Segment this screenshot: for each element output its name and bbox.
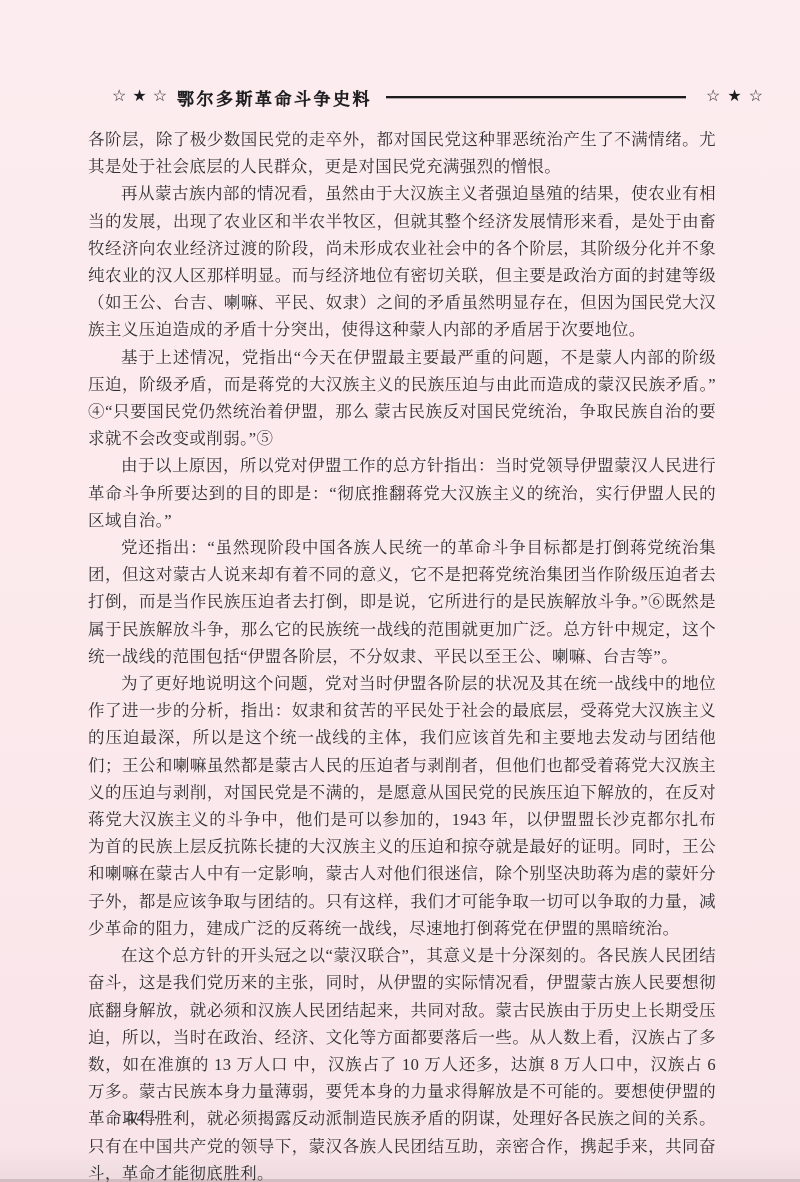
body-paragraph: 党还指出：“虽然现阶段中国各族人民统一的革命斗争目标都是打倒蒋党统治集团，但这对… (88, 534, 716, 670)
header-book-title: 鄂尔多斯革命斗争史料 (177, 85, 372, 110)
body-paragraph: 为了更好地说明这个问题，党对当时伊盟各阶层的状况及其在统一战线中的地位作了进一步… (88, 670, 716, 942)
body-paragraph: 在这个总方针的开头冠之以“蒙汉联合”，其意义是十分深刻的。各民族人民团结奋斗，这… (88, 942, 716, 1182)
body-paragraph: 基于上述情况，党指出“今天在伊盟最主要最严重的问题，不是蒙人内部的阶级压迫，阶级… (88, 344, 716, 453)
page-body: 各阶层，除了极少数国民党的走卒外，都对国民党这种罪恶统治产生了不满情绪。尤其是处… (88, 126, 716, 1182)
scanned-book-page: ☆★☆ 鄂尔多斯革命斗争史料 ☆★☆ 各阶层，除了极少数国民党的走卒外，都对国民… (0, 0, 800, 1182)
body-paragraph: 各阶层，除了极少数国民党的走卒外，都对国民党这种罪恶统治产生了不满情绪。尤其是处… (88, 126, 716, 180)
header-rule-divider (386, 96, 686, 98)
page-header: ☆★☆ 鄂尔多斯革命斗争史料 ☆★☆ (112, 84, 770, 110)
body-paragraph: 再从蒙古族内部的情况看，虽然由于大汉族主义者强迫垦殖的结果，使农业有相当的发展，… (88, 180, 716, 343)
page-number: · 44 · (112, 1108, 161, 1128)
body-paragraph: 由于以上原因，所以党对伊盟工作的总方针指出：当时党领导伊盟蒙汉人民进行革命斗争所… (88, 452, 716, 534)
header-stars-right-icon: ☆★☆ (706, 89, 770, 105)
header-stars-left-icon: ☆★☆ (112, 89, 173, 105)
